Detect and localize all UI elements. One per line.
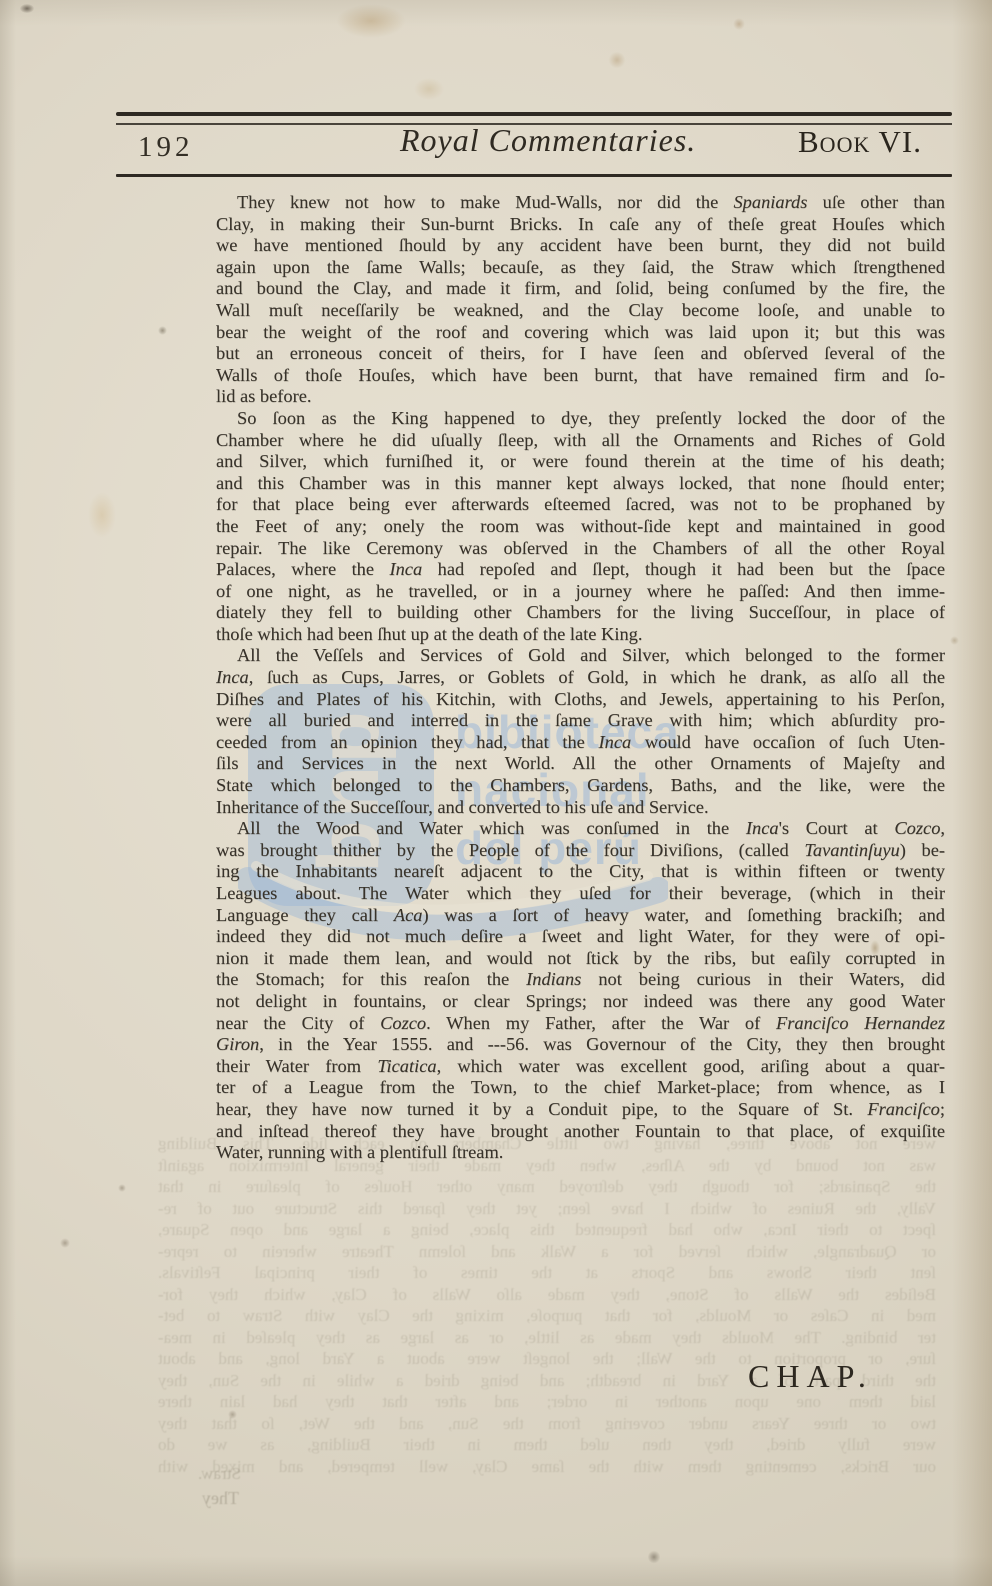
text-segment: ; [940,1099,945,1119]
text-line: ceeded from an opinion they had, that th… [216,732,945,754]
text-line: again upon the ſame Walls; becauſe, as t… [216,257,945,279]
text-segment: Water, running with a plentifull ſtream. [216,1142,503,1162]
text-segment: ) was a ſort of heavy water, and ſomethi… [422,905,945,925]
text-segment: but an erroneous conceit of theirs, for … [216,343,945,363]
text-line: All the Veſſels and Services of Gold and… [216,645,945,667]
text-segment: nion it made them lean, and would not ſt… [216,948,945,968]
text-segment: Wall muſt neceſſarily be weakned, and th… [216,300,945,320]
text-segment: So ſoon as the King happened to dye, the… [237,408,945,428]
text-line: Walls of thoſe Houſes, which have been b… [216,365,945,387]
text-line: diately they fell to building other Cham… [216,602,945,624]
text-segment: ter of a League from the Town, to the ch… [216,1077,945,1097]
text-segment: thoſe which had been ſhut up at the deat… [216,624,642,644]
text-segment: would have occaſion of ſuch Uten- [631,732,945,752]
showthrough-line: Beſides the Walls of Stone, they made al… [158,1284,936,1306]
stain-spot [414,78,444,100]
book-page-scan: were not above three, having two little … [0,0,992,1586]
text-line: ing the Inhabitants neareſt adjacent to … [216,861,945,883]
text-segment: Spaniards [733,192,807,212]
text-line: thoſe which had been ſhut up at the deat… [216,624,945,646]
text-segment: Indians [526,969,581,989]
text-line: repair. The like Ceremony was obſerved i… [216,538,945,560]
text-segment: ceeded from an opinion they had, that th… [216,732,599,752]
text-segment: bear the weight of the roof and covering… [216,322,945,342]
text-line: and Silver, which furniſhed it, or were … [216,451,945,473]
showthrough-line: two or three Years under covering from t… [158,1413,936,1435]
text-segment: had repoſed and ſlept, though it had bee… [422,559,945,579]
text-line: ſils and Services in the next World. All… [216,753,945,775]
header-bottom-rule [116,174,952,177]
stain-spot [158,326,167,335]
text-line: hear, they have now turned it by a Condu… [216,1099,945,1121]
text-line: near the City of Cozco. When my Father, … [216,1013,945,1035]
showthrough-text: were not above three, having two little … [158,1133,936,1477]
showthrough-line: ter binding. The Moulds they made as lit… [158,1327,936,1349]
text-segment: the Feet of any; onely the room was with… [216,516,945,536]
running-title: Royal Commentaries. [400,122,696,159]
text-segment: uſe other than [807,192,945,212]
text-segment: and bound the Clay, and made it firm, an… [216,278,945,298]
text-line: Palaces, where the Inca had repoſed and … [216,559,945,581]
text-segment: lid as before. [216,386,312,406]
stain-spot [336,4,406,38]
page-number: 192 [138,131,194,164]
text-line: we have mentioned ſhould by any accident… [216,235,945,257]
text-line: ter of a League from the Town, to the ch… [216,1077,945,1099]
text-segment: Language they call [216,905,394,925]
text-line: the Stomach; for this reaſon the Indians… [216,969,945,991]
text-segment: Cozco [380,1013,426,1033]
showthrough-line: ſent their Shows and Sports at the times… [158,1262,936,1284]
text-segment: Inca [216,667,249,687]
stain-spot [648,1550,660,1564]
text-line: were all buried and interred in the ſame… [216,710,945,732]
showthrough-lines: were not above three, having two little … [158,1133,936,1477]
showthrough-catchword: They [202,1488,239,1509]
paragraph: All the Wood and Water which was conſume… [216,818,945,1164]
text-line: They knew not how to make Mud-Walls, nor… [216,192,945,214]
text-segment: Ticatica [377,1056,436,1076]
text-segment: Cozco [894,818,940,838]
text-segment: was brought thither by the People of the… [216,840,804,860]
text-segment: hear, they have now turned it by a Condu… [216,1099,867,1119]
text-line: bear the weight of the roof and covering… [216,322,945,344]
text-line: nion it made them lean, and would not ſt… [216,948,945,970]
text-segment: Aca [394,905,423,925]
text-line: Clay, in making their Sun-burnt Bricks. … [216,214,945,236]
stain-spot [733,18,745,30]
paragraph: So ſoon as the King happened to dye, the… [216,408,945,646]
text-segment: and this Chamber was in this manner kept… [216,473,945,493]
text-segment: not delight in fountains, or clear Sprin… [216,991,945,1011]
text-segment: Palaces, where the [216,559,389,579]
text-line: Water, running with a plentifull ſtream. [216,1142,945,1164]
text-line: and this Chamber was in this manner kept… [216,473,945,495]
text-line: Chamber where he did uſually ſleep, with… [216,430,945,452]
text-segment: , [940,818,945,838]
text-segment: Franciſco Hernandez [776,1013,945,1033]
text-segment: Giron [216,1034,259,1054]
text-line: Giron, in the Year 1555. and ---56. was … [216,1034,945,1056]
text-line: So ſoon as the King happened to dye, the… [216,408,945,430]
text-segment: State which belonged to the Chambers, Ga… [216,775,945,795]
stain-spot [608,52,626,68]
text-line: State which belonged to the Chambers, Ga… [216,775,945,797]
showthrough-line: were fully dried, they then uſed them in… [158,1434,936,1456]
stain-spot [88,492,116,538]
paragraph: All the Veſſels and Services of Gold and… [216,645,945,818]
text-line: not delight in fountains, or clear Sprin… [216,991,945,1013]
text-line: and inſtead thereof they have brought an… [216,1121,945,1143]
text-line: Wall muſt neceſſarily be weakned, and th… [216,300,945,322]
text-segment: ſils and Services in the next World. All… [216,753,945,773]
text-line: Inca, ſuch as Cups, Jarres, or Goblets o… [216,667,945,689]
text-segment: again upon the ſame Walls; becauſe, as t… [216,257,945,277]
text-segment: 's Court at [779,818,895,838]
text-segment: All the Veſſels and Services of Gold and… [237,645,945,665]
showthrough-line: ſpect to their Inca, who had frequented … [158,1219,936,1241]
text-segment: were all buried and interred in the ſame… [216,710,945,730]
text-segment: All the Wood and Water which was conſume… [237,818,746,838]
text-line: was brought thither by the People of the… [216,840,945,862]
text-segment: . When my Father, after the War of [426,1013,776,1033]
showthrough-line: med in Caſes or Moulds, for that purpoſe… [158,1305,936,1327]
text-segment: we have mentioned ſhould by any accident… [216,235,945,255]
text-segment: repair. The like Ceremony was obſerved i… [216,538,945,558]
header-rule-thick [116,112,952,116]
book-label: Book VI. [798,124,922,160]
text-segment: not being curious in their Waters, did [581,969,945,989]
stain-spot [950,636,959,645]
catchword: CHAP. [748,1358,873,1395]
text-segment: , ſuch as Cups, Jarres, or Goblets of Go… [249,667,945,687]
text-segment: diately they fell to building other Cham… [216,602,945,622]
text-segment: for that place being ever afterwards eſt… [216,494,945,514]
text-segment: and inſtead thereof they have brought an… [216,1121,945,1141]
text-line: but an erroneous conceit of theirs, for … [216,343,945,365]
text-line: of one night, as he travelled, or in a j… [216,581,945,603]
text-segment: Tavantinſuyu [804,840,899,860]
text-segment: ) be- [900,840,945,860]
text-segment: the Stomach; for this reaſon the [216,969,526,989]
text-segment: ing the Inhabitants neareſt adjacent to … [216,861,945,881]
text-segment: , which water was excellent good, ariſin… [437,1056,945,1076]
showthrough-line: Vally, the Ruines of which I have ſeen; … [158,1198,936,1220]
text-line: lid as before. [216,386,945,408]
text-segment: Inca [599,732,632,752]
text-line: Inheritance of the Succeſſour, and conve… [216,797,945,819]
text-segment: near the City of [216,1013,380,1033]
text-segment: Inca [746,818,779,838]
body-paragraphs: They knew not how to make Mud-Walls, nor… [216,192,945,1164]
text-segment: , in the Year 1555. and ---56. was Gover… [259,1034,945,1054]
text-segment: Inheritance of the Succeſſour, and conve… [216,797,709,817]
text-line: Diſhes and Plates of his Kitchin, with C… [216,689,945,711]
text-segment: of one night, as he travelled, or in a j… [216,581,945,601]
text-segment: and Silver, which furniſhed it, or were … [216,451,945,471]
text-segment: Leagues about. The Water which they uſed… [216,883,945,903]
stain-spot [118,1184,126,1192]
showthrough-fragment: Straw. [198,1464,241,1484]
text-line: indeed they did not much deſire a ſweet … [216,926,945,948]
paragraph: They knew not how to make Mud-Walls, nor… [216,192,945,408]
text-segment: Walls of thoſe Houſes, which have been b… [216,365,945,385]
text-segment: indeed they did not much deſire a ſweet … [216,926,945,946]
text-segment: Franciſco [867,1099,940,1119]
showthrough-line: the Spaniards; for though they deſtroyed… [158,1176,936,1198]
text-line: their Water from Ticatica, which water w… [216,1056,945,1078]
text-segment: Chamber where he did uſually ſleep, with… [216,430,945,450]
text-line: the Feet of any; onely the room was with… [216,516,945,538]
text-line: for that place being ever afterwards eſt… [216,494,945,516]
text-segment: their Water from [216,1056,377,1076]
text-line: Language they call Aca) was a ſort of he… [216,905,945,927]
text-segment: Inca [389,559,422,579]
text-line: Leagues about. The Water which they uſed… [216,883,945,905]
text-segment: Diſhes and Plates of his Kitchin, with C… [216,689,945,709]
stain-spot [20,4,34,13]
text-segment: Clay, in making their Sun-burnt Bricks. … [216,214,945,234]
text-line: and bound the Clay, and made it firm, an… [216,278,945,300]
text-line: All the Wood and Water which was conſume… [216,818,945,840]
showthrough-line: our Bricks, cementing them with the ſame… [158,1456,936,1478]
stain-spot [60,1238,70,1248]
showthrough-line: or Quadrangle, which ſerved for a Walk a… [158,1241,936,1263]
text-segment: They knew not how to make Mud-Walls, nor… [237,192,733,212]
